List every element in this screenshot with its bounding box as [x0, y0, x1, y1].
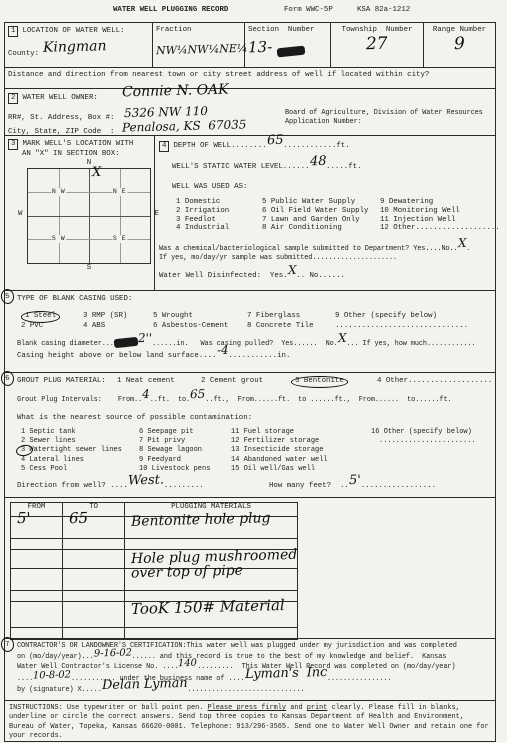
township-cell: Township Number 27	[331, 23, 424, 67]
intervals-mid: ..ft. to.	[150, 396, 190, 404]
used-as-col2: 5 Public Water Supply 6 Oil Field Water …	[262, 198, 380, 234]
signature-label: by (signature) X.....	[17, 686, 102, 694]
cell-to: 65	[69, 515, 88, 523]
used-option: 11 Injection Well	[380, 216, 455, 224]
address-label: RR#, St. Address, Box #:	[8, 114, 114, 122]
grout-option-other: 4 Other...................	[377, 377, 492, 386]
section-6-title: GROUT PLUG MATERIAL:	[17, 377, 117, 386]
date-completed: 9-16-02	[94, 649, 132, 658]
contamination-list: 1 Septic tank 2 Sewer lines 3 Watertight…	[21, 428, 489, 475]
contamination-option: 7 Pit privy	[139, 437, 185, 445]
plugging-table: FROM TO PLUGGING MATERIALS 5' 65 Bentoni…	[10, 502, 298, 640]
section-7-number: 7	[0, 636, 15, 653]
distance-question: Distance and direction from nearest town…	[8, 71, 429, 79]
cert-line4-pre: ....	[17, 675, 33, 683]
quadrant-nw: N W	[51, 188, 66, 196]
diameter-post: ......in.	[152, 340, 188, 348]
direction-row: Direction from well? ....West.......... …	[17, 480, 489, 491]
section-2-owner: 2WATER WELL OWNER:Connie N. OAK RR#, St.…	[5, 89, 495, 136]
township-value: 27	[366, 41, 388, 50]
contamination-col3: 11 Fuel storage 12 Fertilizer storage 13…	[231, 428, 371, 475]
direction-pre: Direction from well? ....	[17, 482, 128, 490]
cell-from: 5'	[17, 515, 31, 523]
disinfected-pre: Water Well Disinfected: Yes.	[159, 272, 288, 280]
disinfected-post: .. No......	[296, 272, 345, 280]
grid-line	[28, 239, 150, 240]
quadrant-se: S E	[112, 235, 127, 243]
depth-pre: DEPTH OF WELL........	[173, 142, 266, 150]
signature: Delan Lyman	[102, 680, 188, 690]
city-label: City, State, ZIP Code :	[8, 128, 114, 136]
agency-block: Board of Agriculture, Division of Water …	[285, 109, 483, 127]
casing-option-fiberglass: 7 Fiberglass	[247, 312, 335, 321]
instructions-text: and	[286, 704, 307, 712]
section-3-number: 3	[8, 139, 18, 150]
compass-south: S	[87, 264, 91, 272]
contamination-option: 13 Insecticide storage	[231, 446, 323, 454]
used-option: 8 Air Conditioning	[262, 224, 342, 232]
contamination-option: 9 Feedyard	[139, 456, 181, 464]
casing-other-dots: ..............................	[335, 322, 489, 331]
fraction-label: Fraction	[156, 26, 191, 34]
section-3-title-line1: MARK WELL'S LOCATION WITH	[22, 140, 133, 148]
contamination-option: 1 Septic tank	[21, 428, 76, 436]
instructions-underlined: print	[307, 704, 328, 712]
section-1-title: LOCATION OF WATER WELL:	[22, 27, 124, 35]
used-as-list: 1 Domestic 2 Irrigation 3 Feedlot 4 Indu…	[176, 198, 500, 234]
diameter-value: 2''	[138, 334, 152, 342]
fraction-value: NW¼NW¼NE¼	[156, 45, 248, 55]
intervals-post: ..ft., From......ft. to ......ft., From.…	[205, 396, 451, 404]
instructions-underlined: Please press firmly	[208, 704, 287, 712]
if-yes-line: If yes, mo/day/yr sample was submitted..…	[159, 254, 397, 262]
contamination-option: 6 Seepage pit	[139, 428, 194, 436]
casing-option-wrought: 5 Wrought	[153, 312, 247, 321]
used-as-col1: 1 Domestic 2 Irrigation 3 Feedlot 4 Indu…	[176, 198, 262, 234]
sample-question: Was a chemical/bacteriological sample su…	[159, 245, 458, 253]
contamination-question: What is the nearest source of possible c…	[17, 414, 252, 422]
casing-option-asbestos: 6 Asbestos-Cement	[153, 322, 247, 331]
static-value: 48	[309, 158, 326, 166]
form-number: Form WWC-5P	[284, 6, 333, 15]
used-option: 12 Other...................	[380, 224, 500, 232]
fraction-cell: Fraction NW¼NW¼NE¼	[153, 23, 245, 67]
form-title: WATER WELL PLUGGING RECORD	[113, 6, 228, 15]
section-3-title-line2: AN "X" IN SECTION BOX:	[22, 150, 120, 158]
scribbled-diameter	[113, 337, 138, 348]
section-3-4-row: 3MARK WELL'S LOCATION WITH AN "X" IN SEC…	[5, 136, 495, 291]
direction-post: .........	[164, 482, 204, 490]
scanned-form-page: WATER WELL PLUGGING RECORD Form WWC-5P K…	[0, 0, 507, 743]
well-x-mark: X	[92, 169, 101, 177]
pulled-pre: Was casing pulled? Yes...... No.	[188, 340, 337, 348]
contamination-col2: 6 Seepage pit 7 Pit privy 8 Sewage lagoo…	[139, 428, 231, 475]
instructions-block: INSTRUCTIONS: Use typewriter or ball poi…	[5, 701, 495, 743]
casing-option-steel: 1 Steel	[25, 312, 56, 320]
feet-pre: How many feet? ..	[269, 482, 349, 490]
section-4-well-info: 4DEPTH OF WELL........65............ft. …	[155, 136, 504, 290]
compass-north: N	[87, 159, 91, 167]
interval-to-value: 65	[190, 391, 205, 399]
contamination-col4: 16 Other (specify below) ...............…	[371, 428, 489, 475]
section-number-cell: Section Number 13-	[245, 23, 331, 67]
contamination-option: 8 Sewage lagoon	[139, 446, 202, 454]
feet-post: .................	[361, 482, 436, 490]
contamination-option: 2 Sewer lines	[21, 437, 76, 445]
section-number-value: 13-	[248, 44, 272, 53]
contamination-option: 5 Cess Pool	[21, 465, 67, 473]
record-date: 10-8-02	[33, 671, 71, 680]
table-row	[11, 627, 297, 639]
section-5-casing: 5 TYPE OF BLANK CASING USED: 1 Steel 3 R…	[5, 291, 495, 373]
casing-options: 1 Steel 3 RMP (SR) 5 Wrought 7 Fiberglas…	[21, 312, 489, 331]
table-row: TooK 150# Material	[11, 601, 297, 627]
static-post: .....ft.	[326, 163, 361, 171]
city-value: Penalosa, KS 67035	[122, 121, 247, 132]
casing-option-pvc: 2 PVC	[21, 322, 83, 331]
casing-option-concrete: 8 Concrete Tile	[247, 322, 335, 331]
depth-post: ............ft.	[283, 142, 350, 150]
cell-material: Bentonite hole plug	[131, 515, 271, 527]
cell-material: over top of pipe	[131, 568, 243, 579]
used-option: 2 Irrigation	[176, 207, 229, 215]
used-as-col3: 9 Dewatering 10 Monitoring Well 11 Injec…	[380, 198, 500, 234]
pulled-post: ... If yes, how much............	[346, 340, 475, 348]
section-1-location: 1LOCATION OF WATER WELL: County: Kingman…	[5, 23, 495, 89]
disinfected-x: X	[288, 267, 297, 275]
interval-from-value: 4	[142, 391, 150, 399]
county-label: County:	[8, 50, 39, 58]
sample-answer-x: X	[458, 240, 467, 248]
contamination-option: 11 Fuel storage	[231, 428, 294, 436]
application-number-label: Application Number:	[285, 118, 362, 126]
used-as-title: WELL WAS USED AS:	[172, 183, 247, 191]
business-name: Lyman's Inc	[244, 669, 326, 679]
table-row: over top of pipe	[11, 568, 297, 590]
contamination-option: 4 Lateral lines	[21, 456, 84, 464]
table-row: 5' 65 Bentonite hole plug	[11, 516, 297, 538]
quadrant-ne: N E	[112, 188, 127, 196]
address-value: 5326 NW 110	[124, 108, 208, 118]
grout-option-neat-cement: 1 Neat cement	[117, 377, 201, 386]
direction-value: West.	[128, 476, 164, 485]
header-materials: PLUGGING MATERIALS	[171, 503, 251, 511]
used-option: 4 Industrial	[176, 224, 229, 232]
section-3-location-grid: 3MARK WELL'S LOCATION WITH AN "X" IN SEC…	[5, 136, 155, 290]
used-option: 7 Lawn and Garden Only	[262, 216, 360, 224]
casing-option-rmp: 3 RMP (SR)	[83, 312, 153, 321]
feet-value: 5'	[349, 477, 361, 485]
cell-material: TooK 150# Material	[131, 602, 285, 614]
used-option: 5 Public Water Supply	[262, 198, 355, 206]
compass-west: W	[18, 210, 22, 219]
used-option: 3 Feedlot	[176, 216, 216, 224]
section-7-certification: 7 CONTRACTOR'S OR LANDOWNER'S CERTIFICAT…	[5, 639, 495, 701]
location-cell: 1LOCATION OF WATER WELL: County: Kingman	[5, 23, 153, 67]
used-option: 6 Oil Field Water Supply	[262, 207, 368, 215]
owner-value: Connie N. OAK	[122, 87, 229, 98]
casing-height-pre: Casing height above or below land surfac…	[17, 352, 217, 360]
cert-line4-post: ................	[327, 675, 392, 683]
section-6-number: 6	[0, 370, 15, 387]
grout-option-bentonite: 3 Bentonite	[295, 377, 344, 385]
quadrant-sw: S W	[51, 235, 66, 243]
contamination-option: 16 Other (specify below)	[371, 428, 472, 436]
used-option: 9 Dewatering	[380, 198, 433, 206]
contamination-option: 12 Fertilizer storage	[231, 437, 319, 445]
certification-line1: CONTRACTOR'S OR LANDOWNER'S CERTIFICATIO…	[17, 642, 457, 650]
section-6-grout: 6 GROUT PLUG MATERIAL: 1 Neat cement 2 C…	[5, 373, 495, 498]
contamination-option: 14 Abandoned water well	[231, 456, 328, 464]
casing-height-post: ...........in.	[228, 352, 290, 360]
casing-height-value: -4	[216, 346, 228, 354]
range-label: Range Number	[433, 26, 486, 34]
section-5-number: 5	[0, 288, 15, 305]
used-option: 1 Domestic	[176, 198, 220, 206]
section-5-title: TYPE OF BLANK CASING USED:	[17, 295, 132, 303]
section-number-label: Section Number	[248, 26, 315, 34]
county-value: Kingman	[43, 43, 107, 53]
plugging-table-zone: FROM TO PLUGGING MATERIALS 5' 65 Bentoni…	[5, 498, 495, 639]
owner-label: WATER WELL OWNER:	[22, 94, 97, 102]
depth-value: 65	[266, 137, 283, 145]
township-label: Township Number	[342, 26, 413, 34]
license-number: 140	[178, 660, 197, 668]
casing-option-other9: 9 Other (specify below)	[335, 312, 489, 321]
diameter-pre: Blank casing diameter...	[17, 340, 114, 348]
cert-line5-post: .............................	[187, 686, 304, 694]
instructions-text: Use typewriter or ball point pen.	[63, 704, 208, 712]
board-label: Board of Agriculture, Division of Water …	[285, 109, 483, 117]
cert-line2-pre: on (mo/day/year)...	[17, 653, 94, 661]
range-cell: Range Number 9	[424, 23, 495, 67]
contamination-option: 3 Watertight sewer lines	[21, 446, 122, 454]
form-statute: KSA 82a-1212	[357, 6, 410, 15]
section-box-grid: N W N E S W S E W E X	[27, 168, 151, 264]
contamination-col1: 1 Septic tank 2 Sewer lines 3 Watertight…	[21, 428, 139, 475]
section-2-number: 2	[8, 93, 18, 104]
pulled-x: X	[338, 335, 347, 343]
static-pre: WELL'S STATIC WATER LEVEL......	[172, 163, 310, 171]
used-option: 10 Monitoring Well	[380, 207, 460, 215]
section-1-number: 1	[8, 26, 18, 37]
contamination-option-dots: .......................	[379, 437, 476, 445]
grid-line	[28, 192, 150, 193]
grout-option-cement-grout: 2 Cement grout	[201, 377, 291, 386]
contamination-option: 15 Oil well/Gas well	[231, 465, 315, 473]
intervals-pre: Grout Plug Intervals: From..	[17, 396, 142, 404]
range-value: 9	[454, 41, 465, 49]
header-to: TO	[89, 503, 98, 511]
casing-option-abs: 4 ABS	[83, 322, 153, 331]
scribbled-out-number	[276, 46, 305, 58]
instructions-label: INSTRUCTIONS:	[9, 704, 63, 712]
form-body: 1LOCATION OF WATER WELL: County: Kingman…	[4, 22, 496, 742]
grout-material-row: GROUT PLUG MATERIAL: 1 Neat cement 2 Cem…	[17, 377, 489, 386]
section-4-number: 4	[159, 141, 169, 152]
grid-line	[28, 216, 150, 217]
